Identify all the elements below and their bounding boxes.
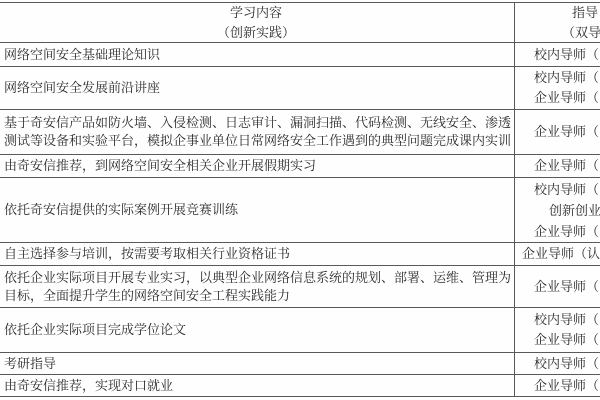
cell-mentors: 校内导师（ 企业导师（ (515, 67, 600, 109)
mentor-line: 企业导师（ (515, 122, 600, 142)
cell-learning-content: 依托奇安信提供的实际案例开展竞赛训练 (0, 178, 515, 242)
cell-learning-content: 自主选择参与培训，按需要考取相关行业资格证书 (0, 243, 515, 265)
table-row-certification: 自主选择参与培训，按需要考取相关行业资格证书 企业导师（认 (0, 243, 600, 266)
table-row-frontier-lectures: 网络空间安全发展前沿讲座 校内导师（ 企业导师（ (0, 67, 600, 110)
cell-mentors: 校内导师（ 创新创业 企业导师（ (515, 178, 600, 242)
table-row-competition-training: 依托奇安信提供的实际案例开展竞赛训练 校内导师（ 创新创业 企业导师（ (0, 178, 600, 243)
cell-mentors: 企业导师（ (515, 155, 600, 177)
mentor-line: 企业导师（ (515, 156, 600, 176)
cell-learning-content: 基于奇安信产品如防火墙、入侵检测、日志审计、漏洞扫描、代码检测、无线安全、渗透 … (0, 110, 515, 154)
document-page: 学习内容 （创新实践） 指导 （双导 网络空间安全基础理论知识 校内导师（ 网络… (0, 0, 600, 400)
cell-learning-content: 考研指导 (0, 353, 515, 374)
mentor-line: 校内导师（ (515, 45, 600, 65)
cell-mentors: 企业导师（认 (515, 243, 600, 265)
mentor-line: 企业导师（ (515, 88, 600, 108)
cell-learning-content: 由奇安信推荐，到网络空间安全相关企业开展假期实习 (0, 155, 515, 177)
cell-mentors: 企业导师（ (515, 375, 600, 396)
cell-learning-content: 网络空间安全发展前沿讲座 (0, 67, 515, 109)
cell-learning-content: 依托企业实际项目开展专业实习，以典型企业网络信息系统的规划、部署、运维、管理为 … (0, 266, 515, 307)
mentor-line: 企业导师（认 (515, 244, 600, 264)
cell-mentors: 校内导师（ (515, 43, 600, 66)
col-header-learning-content: 学习内容 （创新实践） (0, 3, 515, 42)
mentor-line: 校内导师（ (515, 354, 600, 374)
curriculum-table: 学习内容 （创新实践） 指导 （双导 网络空间安全基础理论知识 校内导师（ 网络… (0, 2, 600, 397)
table-row-employment: 由奇安信推荐，实现对口就业 企业导师（ (0, 375, 600, 397)
mentor-line: 校内导师（ (515, 68, 600, 88)
table-row-degree-thesis: 依托企业实际项目完成学位论文 校内导师（ 企业导师（ (0, 308, 600, 353)
cell-learning-content: 依托企业实际项目完成学位论文 (0, 308, 515, 352)
header-row: 学习内容 （创新实践） 指导 （双导 (0, 3, 600, 43)
mentor-line: 企业导师（ (515, 330, 600, 350)
table-row-professional-internship: 依托企业实际项目开展专业实习，以典型企业网络信息系统的规划、部署、运维、管理为 … (0, 266, 600, 308)
table-row-product-training: 基于奇安信产品如防火墙、入侵检测、日志审计、漏洞扫描、代码检测、无线安全、渗透 … (0, 110, 600, 155)
table-row-graduate-exam-guidance: 考研指导 校内导师（ (0, 353, 600, 375)
mentor-line: 企业导师（ (515, 221, 600, 242)
mentor-line: 创新创业 (515, 200, 600, 221)
cell-learning-content: 由奇安信推荐，实现对口就业 (0, 375, 515, 396)
mentor-line: 校内导师（ (515, 310, 600, 330)
mentor-line: 企业导师（ (515, 376, 600, 396)
cell-mentors: 企业导师（ (515, 110, 600, 154)
col-header-mentor-line2: （双导 (515, 23, 600, 43)
table-row-holiday-internship: 由奇安信推荐，到网络空间安全相关企业开展假期实习 企业导师（ (0, 155, 600, 178)
cell-mentors: 企业导师（ (515, 266, 600, 307)
col-header-mentor-line1: 指导 (515, 3, 600, 23)
cell-mentors: 校内导师（ (515, 353, 600, 374)
mentor-line: 企业导师（ (515, 277, 600, 297)
cell-mentors: 校内导师（ 企业导师（ (515, 308, 600, 352)
table-row-basic-theory: 网络空间安全基础理论知识 校内导师（ (0, 43, 600, 67)
cell-learning-content: 网络空间安全基础理论知识 (0, 43, 515, 66)
col-header-mentor: 指导 （双导 (515, 3, 600, 42)
mentor-line: 校内导师（ (515, 179, 600, 200)
